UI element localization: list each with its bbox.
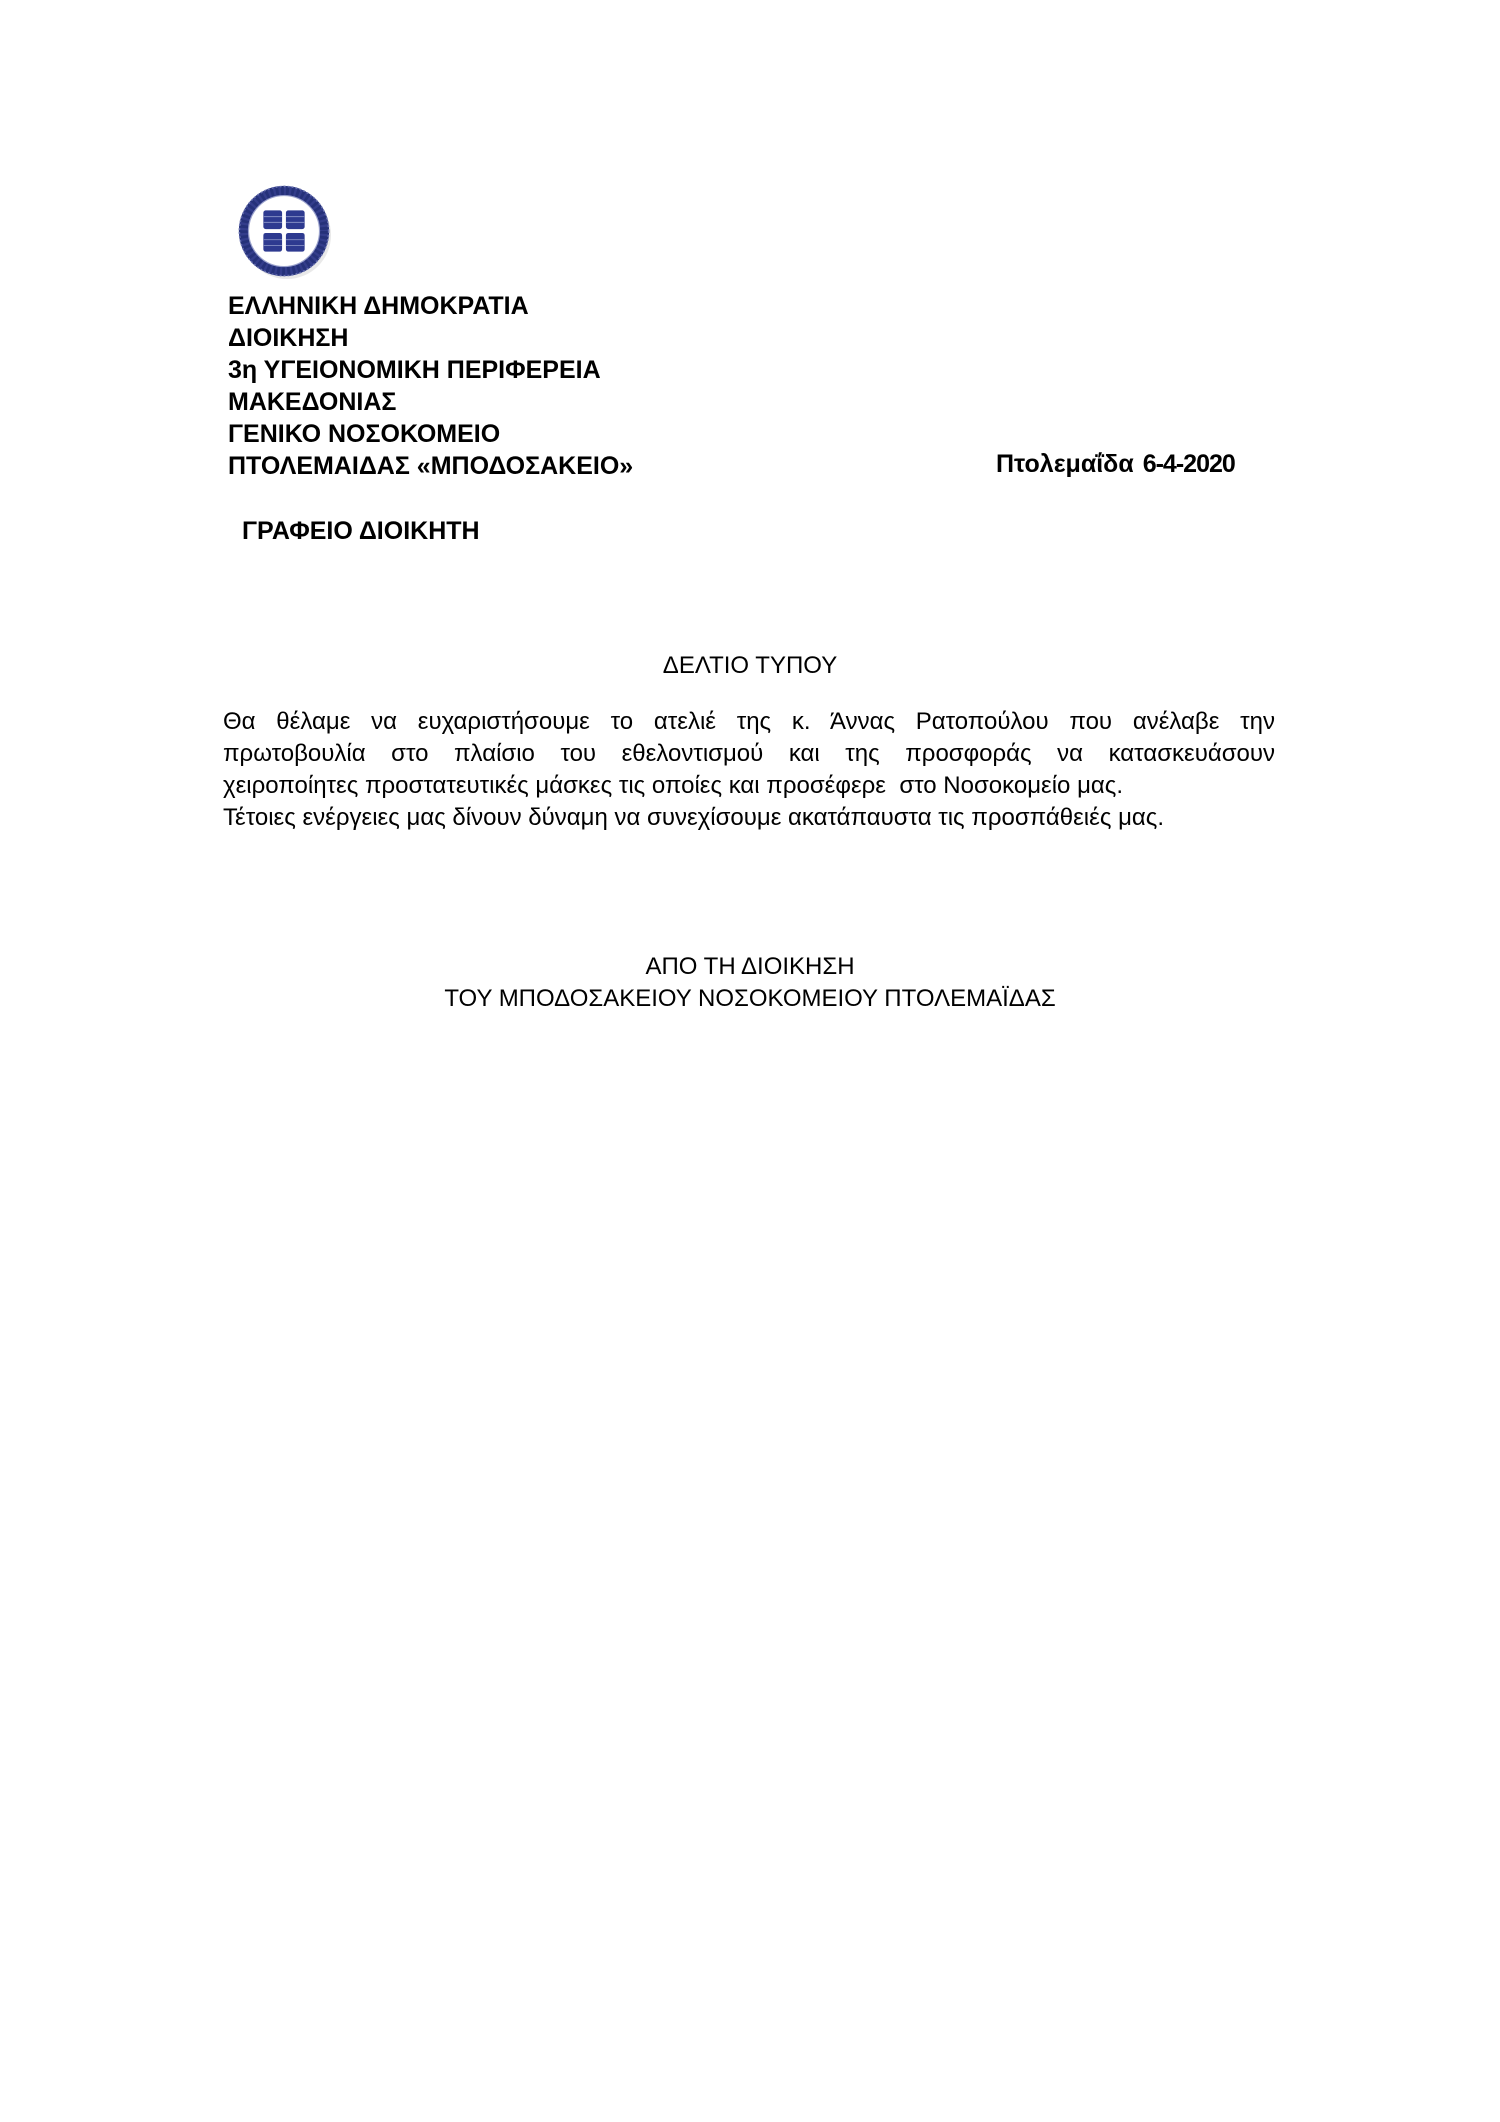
letterhead-line-admin: ΔΙΟΙΚΗΣΗ (228, 322, 633, 354)
closing-line-2: ΤΟΥ ΜΠΟΔΟΣΑΚΕΙΟΥ ΝΟΣΟΚΟΜΕΙΟΥ ΠΤΟΛΕΜΑΪΔΑΣ (0, 983, 1500, 1015)
closing-block: ΑΠΟ ΤΗ ΔΙΟΙΚΗΣΗ ΤΟΥ ΜΠΟΔΟΣΑΚΕΙΟΥ ΝΟΣΟΚΟΜ… (0, 951, 1500, 1015)
press-release-title: ΔΕΛΤΙΟ ΤΥΠΟΥ (0, 650, 1500, 682)
letterhead-line-hospital: ΓΕΝΙΚΟ ΝΟΣΟΚΟΜΕΙΟ (228, 418, 633, 450)
place-label: Πτολεμαΐδα (996, 450, 1134, 478)
letterhead-line-macedonia: ΜΑΚΕΔΟΝΙΑΣ (228, 386, 633, 418)
hellenic-republic-emblem-logo (236, 182, 332, 282)
body-line-2: πρωτοβουλία στο πλαίσιο του εθελοντισμού… (223, 738, 1275, 770)
letterhead-line-ptolemaida: ΠΤΟΛΕΜΑΙΔΑΣ «ΜΠΟΔΟΣΑΚΕΙΟ» (228, 450, 633, 482)
body-paragraph: Θα θέλαμε να ευχαριστήσουμε το ατελιέ τη… (223, 706, 1275, 834)
body-line-3: χειροποίητες προστατευτικές μάσκες τις ο… (223, 770, 1275, 802)
place-date-line: Πτολεμαΐδα6-4-2020 (996, 450, 1235, 479)
letterhead-line-region: 3η ΥΓΕΙΟΝΟΜΙΚΗ ΠΕΡΙΦΕΡΕΙΑ (228, 354, 633, 386)
body-line-4: Τέτοιες ενέργειες μας δίνουν δύναμη να σ… (223, 802, 1275, 834)
office-line: ΓΡΑΦΕΙΟ ΔΙΟΙΚΗΤΗ (242, 517, 480, 546)
letterhead-line-republic: ΕΛΛΗΝΙΚΗ ΔΗΜΟΚΡΑΤΙΑ (228, 290, 633, 322)
coat-of-arms-icon (236, 182, 332, 282)
date-value: 6-4-2020 (1143, 450, 1235, 478)
closing-line-1: ΑΠΟ ΤΗ ΔΙΟΙΚΗΣΗ (0, 951, 1500, 983)
letterhead-block: ΕΛΛΗΝΙΚΗ ΔΗΜΟΚΡΑΤΙΑ ΔΙΟΙΚΗΣΗ 3η ΥΓΕΙΟΝΟΜ… (228, 290, 633, 482)
body-line-1: Θα θέλαμε να ευχαριστήσουμε το ατελιέ τη… (223, 706, 1275, 738)
press-release-page: ΕΛΛΗΝΙΚΗ ΔΗΜΟΚΡΑΤΙΑ ΔΙΟΙΚΗΣΗ 3η ΥΓΕΙΟΝΟΜ… (0, 0, 1500, 2122)
